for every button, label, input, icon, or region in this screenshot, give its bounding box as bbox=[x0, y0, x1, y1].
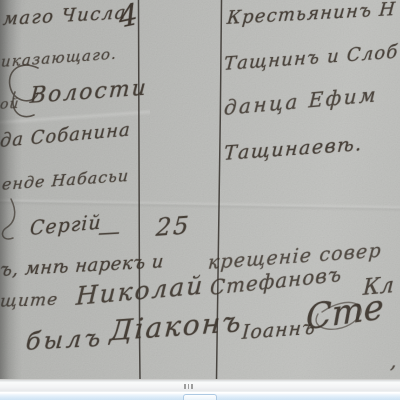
handwriting-fragment-bottom: Діаконъ bbox=[109, 305, 244, 348]
drag-handle-icon bbox=[184, 384, 193, 389]
handwriting-fragment-left-column: — bbox=[97, 220, 121, 246]
handwriting-fragment-left-column: Волости bbox=[29, 76, 149, 109]
handwriting-fragment-right-column: Тащнинъ и Слоб bbox=[223, 42, 399, 75]
scanned-document-page[interactable]: маго Числа4иказающаго.ойВолостида Собани… bbox=[0, 0, 400, 379]
handwriting-fragment-bottom: ʼ bbox=[386, 362, 396, 379]
page-edge-shadow bbox=[0, 0, 22, 379]
handwriting-fragment-right-column: Крестьянинъ Н bbox=[226, 0, 397, 29]
handwriting-fragment-left-column: Сергій bbox=[29, 212, 102, 240]
handwriting-fragment-bottom: былъ bbox=[25, 324, 105, 356]
handwriting-fragment-right-column: данца Ефим bbox=[223, 82, 378, 120]
handwriting-fragment-bottom: Николай bbox=[75, 271, 205, 311]
ink-layer: маго Числа4иказающаго.ойВолостида Собани… bbox=[0, 0, 400, 379]
handwriting-fragment-right-column: Тащинаевѣ. bbox=[223, 133, 363, 165]
handwriting-fragment-left-column: 4 bbox=[118, 0, 139, 36]
horizontal-scrollbar-thumb[interactable] bbox=[183, 394, 217, 400]
handwriting-fragment-age-column: 25 bbox=[155, 211, 191, 242]
handwriting-fragment-bottom: Сте bbox=[306, 287, 384, 338]
document-viewer-window: маго Числа4иказающаго.ойВолостида Собани… bbox=[0, 0, 400, 400]
splitter-bar[interactable] bbox=[0, 379, 400, 392]
horizontal-scrollbar-track[interactable] bbox=[0, 392, 400, 400]
